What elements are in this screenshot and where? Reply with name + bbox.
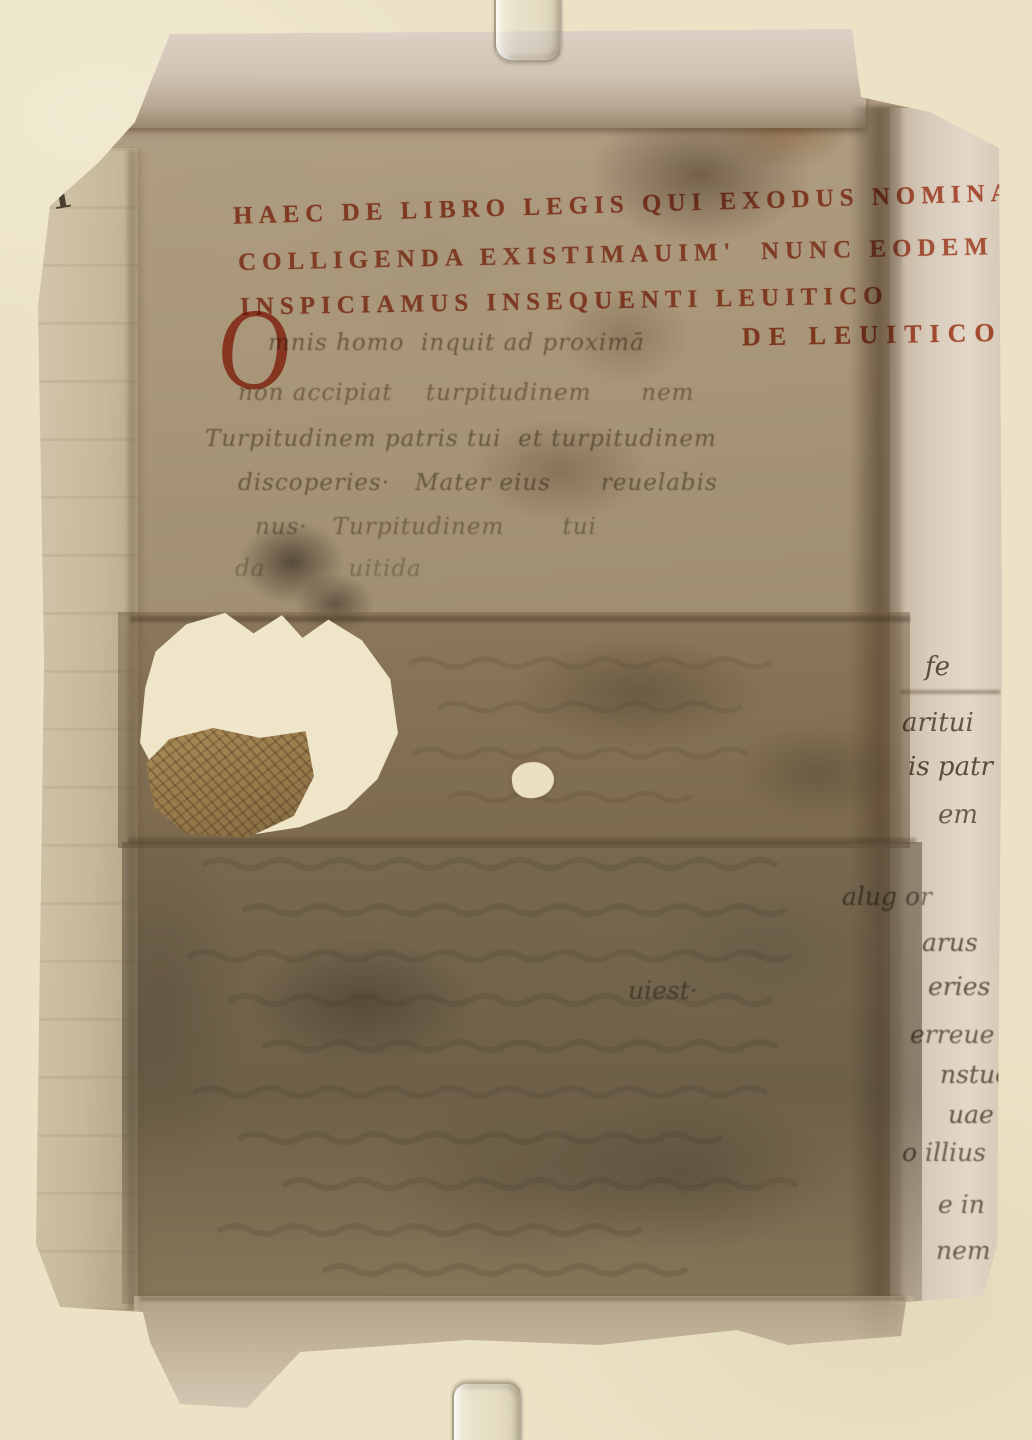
strip-fragment: fe	[925, 652, 950, 682]
bottom-light-band	[134, 1296, 914, 1412]
mount-clip-top-icon	[494, 0, 562, 62]
manuscript-leaf: HAEC DE LIBRO LEGIS QUI EXODUS NOMINATUS…	[0, 0, 1032, 1440]
lower-fragment: nem	[936, 1236, 991, 1265]
crease-line	[900, 690, 1000, 694]
lower-fragment: uae	[948, 1100, 994, 1129]
chapter-heading: DE LEUITICO·	[742, 318, 1020, 353]
ink-line: da uitida	[235, 556, 422, 582]
strip-fragment: aritui	[902, 708, 974, 738]
incipit-line: mnis homo inquit ad proximā	[268, 330, 645, 356]
crease-line	[130, 616, 910, 622]
crease-line	[128, 838, 916, 843]
lower-fragment: o illius	[902, 1138, 986, 1167]
top-fold-flap	[88, 26, 866, 128]
lower-fragment: uiest·	[628, 976, 698, 1005]
lower-fragment: erreue	[910, 1020, 994, 1049]
ink-line: nus· Turpitudinem tui	[255, 514, 597, 540]
ink-line: non accipiat turpitudinem nem	[238, 380, 978, 406]
strip-fragment: em	[938, 800, 978, 830]
lower-fragment: arus	[922, 928, 978, 957]
lower-fragment: alug or	[842, 882, 932, 911]
crease-line	[140, 1296, 906, 1301]
strip-fragment: is patr	[908, 752, 993, 782]
lower-dark-block	[122, 842, 922, 1304]
photo-canvas: HAEC DE LIBRO LEGIS QUI EXODUS NOMINATUS…	[0, 0, 1032, 1440]
ink-line: discoperies· Mater eius reuelabis	[238, 470, 718, 496]
lower-fragment: nstue	[940, 1060, 1010, 1089]
lower-fragment: eries	[928, 972, 990, 1001]
ink-line: Turpitudinem patris tui et turpitudinem	[205, 426, 717, 452]
mount-clip-bottom-icon	[452, 1382, 522, 1440]
lower-fragment: e in	[938, 1190, 985, 1219]
